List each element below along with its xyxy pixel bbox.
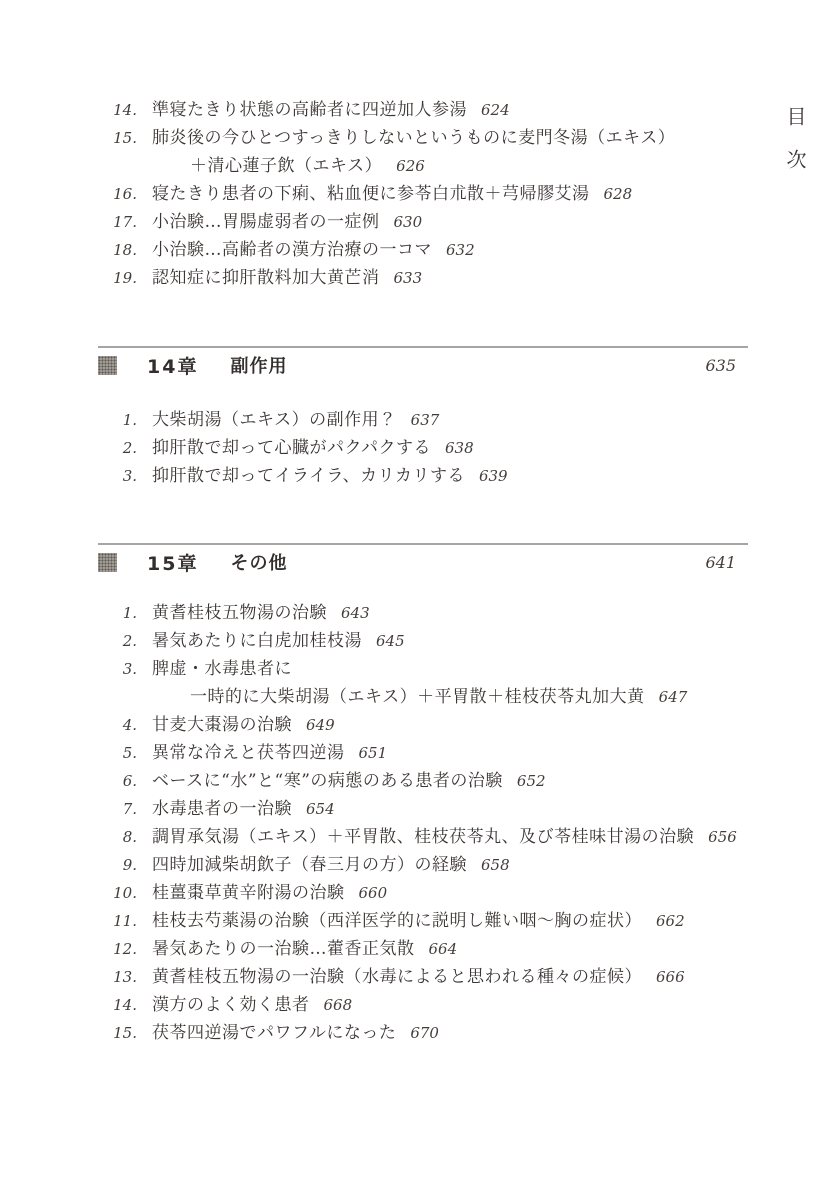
toc-entry-number: 14.	[98, 96, 137, 124]
toc-entry: 1. 黄耆桂枝五物湯の治験 643	[98, 599, 748, 627]
toc-entry-title: 水毒患者の一治験	[152, 795, 292, 823]
toc-entry: 10. 桂薑棗草黄辛附湯の治験 660	[98, 879, 748, 907]
toc-entry: 18. 小治験…高齢者の漢方治療の一コマ 632	[98, 236, 748, 264]
toc-entry-page: 670	[410, 1019, 439, 1047]
toc-entry-title: 調胃承気湯（エキス）＋平胃散、桂枝茯苓丸、及び苓桂味甘湯の治験	[152, 823, 694, 851]
toc-entry-title: 抑肝散で却って心臓がパクパクする	[152, 434, 431, 462]
toc-entry-title: 漢方のよく効く患者	[152, 991, 310, 1019]
toc-section-chapter-15: 1. 黄耆桂枝五物湯の治験 643 2. 暑気あたりに白虎加桂枝湯 645 3.…	[98, 599, 748, 1047]
toc-entry-number: 12.	[98, 935, 137, 963]
toc-entry-number: 1.	[98, 599, 137, 627]
toc-entry: 1. 大柴胡湯（エキス）の副作用？ 637	[98, 406, 748, 434]
toc-entry: 15. 肺炎後の今ひとつすっきりしないというものに麦門冬湯（エキス）	[98, 124, 748, 152]
toc-entry-page: 660	[359, 879, 388, 907]
toc-entry-number: 9.	[98, 851, 137, 879]
toc-section-prev-chapter: 14. 準寝たきり状態の高齢者に四逆加人参湯 624 15. 肺炎後の今ひとつす…	[98, 96, 748, 292]
toc-entry-title: 小治験…胃腸虚弱者の一症例	[152, 208, 380, 236]
toc-entry: 14. 漢方のよく効く患者 668	[98, 991, 748, 1019]
toc-entry-page: 656	[708, 823, 737, 851]
toc-entry: 3. 脾虚・水毒患者に	[98, 655, 748, 683]
toc-entry-title: 認知症に抑肝散料加大黄芒消	[152, 264, 380, 292]
toc-entry-title: 脾虚・水毒患者に	[152, 655, 292, 683]
toc-entry-page: 668	[324, 991, 353, 1019]
toc-entry: 14. 準寝たきり状態の高齢者に四逆加人参湯 624	[98, 96, 748, 124]
toc-entry-page: 638	[445, 434, 474, 462]
chapter-number: 14章	[147, 352, 198, 379]
toc-entry-title: 大柴胡湯（エキス）の副作用？	[152, 406, 397, 434]
toc-entry-title: 甘麦大棗湯の治験	[152, 711, 292, 739]
toc-entry-number: 4.	[98, 711, 137, 739]
toc-entry-page: 632	[446, 236, 475, 264]
toc-entry-number: 8.	[98, 823, 137, 851]
toc-entry: 9. 四時加減柴胡飲子（春三月の方）の経験 658	[98, 851, 748, 879]
toc-entry: 4. 甘麦大棗湯の治験 649	[98, 711, 748, 739]
toc-entry: 8. 調胃承気湯（エキス）＋平胃散、桂枝茯苓丸、及び苓桂味甘湯の治験 656	[98, 823, 748, 851]
toc-entry-title: 異常な冷えと茯苓四逆湯	[152, 739, 345, 767]
toc-entry: 19. 認知症に抑肝散料加大黄芒消 633	[98, 264, 748, 292]
toc-side-label: 目次	[781, 106, 810, 192]
chapter-title: 副作用	[230, 352, 287, 378]
toc-entry-title: 桂薑棗草黄辛附湯の治験	[152, 879, 345, 907]
toc-content: 14. 準寝たきり状態の高齢者に四逆加人参湯 624 15. 肺炎後の今ひとつす…	[98, 0, 748, 1047]
toc-entry: 6. ベースに“水”と“寒”の病態のある患者の治験 652	[98, 767, 748, 795]
toc-entry-page: 624	[481, 96, 510, 124]
toc-entry-page: 658	[481, 851, 510, 879]
toc-entry-number: 5.	[98, 739, 137, 767]
toc-entry: 5. 異常な冷えと茯苓四逆湯 651	[98, 739, 748, 767]
toc-entry-page: 639	[479, 462, 508, 490]
chapter-marker-square-icon	[98, 553, 117, 572]
toc-entry-number: 10.	[98, 879, 137, 907]
toc-entry: 2. 抑肝散で却って心臓がパクパクする 638	[98, 434, 748, 462]
toc-entry: 7. 水毒患者の一治験 654	[98, 795, 748, 823]
toc-entry-title: 準寝たきり状態の高齢者に四逆加人参湯	[152, 96, 467, 124]
chapter-page-number: 641	[705, 553, 748, 572]
toc-entry-title: 肺炎後の今ひとつすっきりしないというものに麦門冬湯（エキス）	[152, 124, 675, 152]
toc-entry-number: 2.	[98, 434, 137, 462]
toc-entry: 3. 抑肝散で却ってイライラ、カリカリする 639	[98, 462, 748, 490]
toc-entry-page: 633	[394, 264, 423, 292]
toc-entry-page: 649	[306, 711, 335, 739]
chapter-header-row: 15章 その他 641	[98, 545, 748, 579]
toc-entry-number: 19.	[98, 264, 137, 292]
toc-entry-number: 11.	[98, 907, 137, 935]
chapter-title: その他	[230, 549, 287, 575]
toc-entry-number: 6.	[98, 767, 137, 795]
toc-entry: 12. 暑気あたりの一治験…藿香正気散 664	[98, 935, 748, 963]
toc-entry-page: 647	[659, 683, 688, 711]
toc-entry: 16. 寝たきり患者の下痢、粘血便に参苓白朮散＋芎帰膠艾湯 628	[98, 180, 748, 208]
toc-entry-page: 664	[429, 935, 458, 963]
chapter-page-number: 635	[705, 356, 748, 375]
toc-entry-number: 2.	[98, 627, 137, 655]
toc-entry-page: 630	[394, 208, 423, 236]
toc-entry-page: 651	[359, 739, 388, 767]
toc-entry-title: 暑気あたりの一治験…藿香正気散	[152, 935, 415, 963]
toc-entry-page: 652	[517, 767, 546, 795]
toc-entry-page: 654	[306, 795, 335, 823]
toc-entry: 17. 小治験…胃腸虚弱者の一症例 630	[98, 208, 748, 236]
toc-entry-title: 小治験…高齢者の漢方治療の一コマ	[152, 236, 432, 264]
toc-entry-title: 寝たきり患者の下痢、粘血便に参苓白朮散＋芎帰膠艾湯	[152, 180, 590, 208]
toc-page: 目次 14. 準寝たきり状態の高齢者に四逆加人参湯 624 15. 肺炎後の今ひ…	[0, 0, 830, 1178]
toc-entry-number: 3.	[98, 655, 137, 683]
toc-entry: 13. 黄耆桂枝五物湯の一治験（水毒によると思われる種々の症候） 666	[98, 963, 748, 991]
toc-entry-title: 一時的に大柴胡湯（エキス）＋平胃散＋桂枝茯苓丸加大黄	[190, 683, 645, 711]
toc-entry-page: 637	[411, 406, 440, 434]
toc-entry-title: 黄耆桂枝五物湯の一治験（水毒によると思われる種々の症候）	[152, 963, 642, 991]
toc-entry-title: ＋清心蓮子飲（エキス）	[190, 152, 382, 180]
toc-entry-page: 645	[376, 627, 405, 655]
toc-entry: 15. 茯苓四逆湯でパワフルになった 670	[98, 1019, 748, 1047]
toc-entry-title: 桂枝去芍薬湯の治験（西洋医学的に説明し難い咽〜胸の症状）	[152, 907, 642, 935]
toc-entry-page: 643	[341, 599, 370, 627]
toc-entry-number: 7.	[98, 795, 137, 823]
toc-entry-number: 14.	[98, 991, 137, 1019]
toc-entry-page: 628	[604, 180, 633, 208]
toc-entry: 2. 暑気あたりに白虎加桂枝湯 645	[98, 627, 748, 655]
toc-entry-number: 3.	[98, 462, 137, 490]
toc-entry-number: 1.	[98, 406, 137, 434]
toc-entry-number: 17.	[98, 208, 137, 236]
toc-entry-title: 抑肝散で却ってイライラ、カリカリする	[152, 462, 465, 490]
toc-entry-title: 黄耆桂枝五物湯の治験	[152, 599, 327, 627]
chapter-number: 15章	[147, 549, 198, 576]
toc-entry-number: 15.	[98, 124, 137, 152]
toc-entry-page: 666	[656, 963, 685, 991]
chapter-15-header: 15章 その他 641	[98, 543, 748, 579]
toc-entry-title: 四時加減柴胡飲子（春三月の方）の経験	[152, 851, 467, 879]
toc-entry-number: 13.	[98, 963, 137, 991]
chapter-header-row: 14章 副作用 635	[98, 348, 748, 382]
toc-entry: ＋清心蓮子飲（エキス） 626	[98, 152, 748, 180]
toc-entry-number: 16.	[98, 180, 137, 208]
toc-entry-title: ベースに“水”と“寒”の病態のある患者の治験	[152, 767, 503, 795]
toc-entry-page: 662	[656, 907, 685, 935]
chapter-marker-square-icon	[98, 356, 117, 375]
toc-entry-title: 茯苓四逆湯でパワフルになった	[152, 1019, 396, 1047]
toc-section-chapter-14: 1. 大柴胡湯（エキス）の副作用？ 637 2. 抑肝散で却って心臓がパクパクす…	[98, 406, 748, 490]
toc-entry-page: 626	[396, 152, 425, 180]
toc-entry-number: 15.	[98, 1019, 137, 1047]
toc-entry-number: 18.	[98, 236, 137, 264]
toc-entry-title: 暑気あたりに白虎加桂枝湯	[152, 627, 362, 655]
toc-entry: 11. 桂枝去芍薬湯の治験（西洋医学的に説明し難い咽〜胸の症状） 662	[98, 907, 748, 935]
toc-entry: 一時的に大柴胡湯（エキス）＋平胃散＋桂枝茯苓丸加大黄 647	[98, 683, 748, 711]
chapter-14-header: 14章 副作用 635	[98, 346, 748, 382]
